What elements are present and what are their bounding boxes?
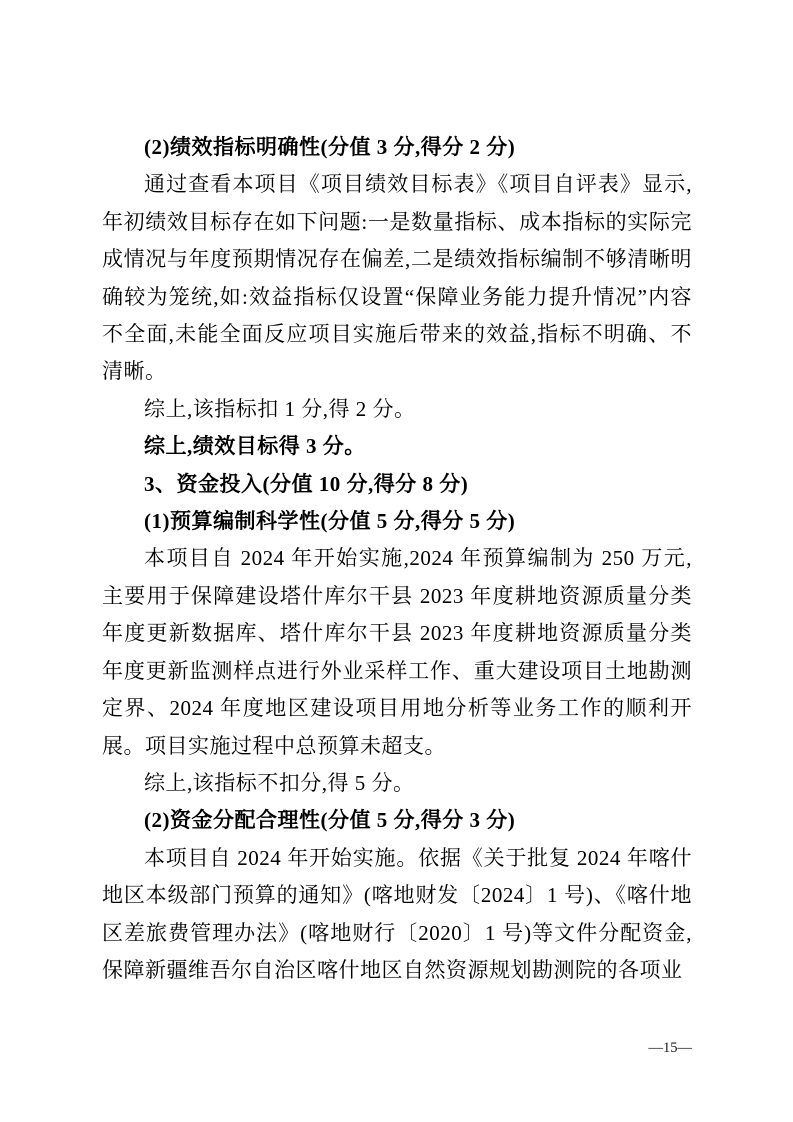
body-paragraph: 综上,该指标扣 1 分,得 2 分。 [102,391,692,428]
section-heading: (1)预算编制科学性(分值 5 分,得分 5 分) [102,503,692,540]
section-heading: (2)资金分配合理性(分值 5 分,得分 3 分) [102,802,692,839]
section-heading: 3、资金投入(分值 10 分,得分 8 分) [102,466,692,503]
body-paragraph: 综上,该指标不扣分,得 5 分。 [102,765,692,802]
document-page: { "page": { "background_color": "#ffffff… [0,0,793,1122]
body-paragraph: 本项目自 2024 年开始实施。依据《关于批复 2024 年喀什地区本级部门预算… [102,840,692,990]
body-paragraph: 通过查看本项目《项目绩效目标表》《项目自评表》显示,年初绩效目标存在如下问题:一… [102,166,692,390]
page-number: —15— [649,1038,693,1058]
body-paragraph: 本项目自 2024 年开始实施,2024 年预算编制为 250 万元,主要用于保… [102,540,692,764]
body-paragraph: 综上,绩效目标得 3 分。 [102,428,692,465]
document-body: (2)绩效指标明确性(分值 3 分,得分 2 分)通过查看本项目《项目绩效目标表… [102,129,692,989]
section-heading: (2)绩效指标明确性(分值 3 分,得分 2 分) [102,129,692,166]
